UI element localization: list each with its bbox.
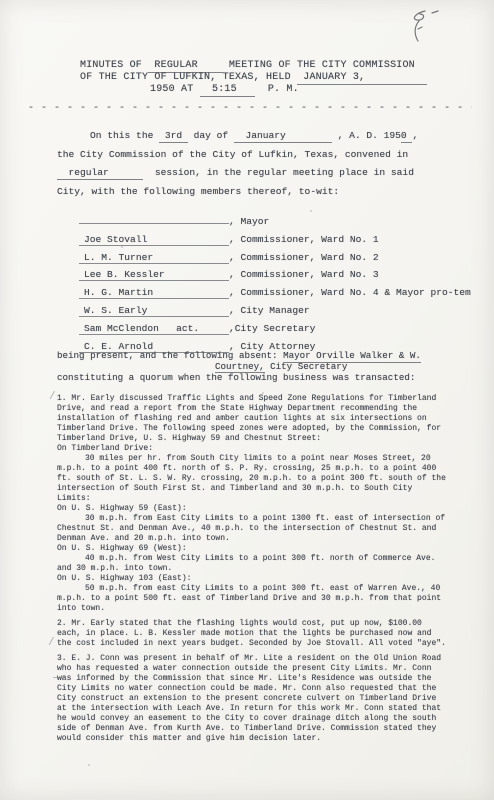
official-title: Mayor bbox=[241, 216, 270, 227]
title-line-1: MINUTES OF REGULAR MEETING OF THE CITY C… bbox=[80, 60, 440, 72]
row-comma: , bbox=[229, 287, 241, 298]
text-run: City, with the following members thereof… bbox=[57, 186, 339, 197]
speed-zone-heading: On U. S. Highway 59 (East): bbox=[57, 504, 449, 514]
speed-zone-detail: 30 m.p.h. from East City Limits to a poi… bbox=[57, 514, 449, 544]
filled-blank: regular bbox=[57, 167, 143, 180]
handwritten-mark-icon bbox=[398, 2, 448, 57]
official-title: Commissioner, Ward No. 1 bbox=[241, 234, 379, 245]
official-name: Lee B. Kessler bbox=[79, 269, 229, 281]
title-line-2: OF THE CITY OF LUFKIN, TEXAS, HELD JANUA… bbox=[80, 72, 440, 84]
text-run: MEETING OF THE CITY COMMISSION bbox=[223, 60, 415, 71]
pencil-underline-mark bbox=[53, 677, 66, 678]
text-run: MINUTES OF bbox=[80, 60, 148, 71]
official-name: W. S. Early bbox=[79, 305, 229, 317]
official-title: City Manager bbox=[241, 305, 310, 316]
scanned-minutes-page: MINUTES OF REGULAR MEETING OF THE CITY C… bbox=[0, 0, 494, 800]
pencil-check-mark: / bbox=[48, 637, 55, 649]
speed-zone-detail: 40 m.p.h. from West City Limits to a poi… bbox=[57, 554, 449, 574]
official-title: Commissioner, Ward No. 3 bbox=[241, 269, 379, 280]
opening-paragraph: On this the 3rd day of January , A. D. 1… bbox=[57, 127, 429, 201]
speed-zone-detail: 30 miles per hr. from South City limits … bbox=[57, 454, 449, 504]
official-title: Commissioner, Ward No. 4 & Mayor pro-tem bbox=[241, 287, 471, 298]
filled-blank: JANUARY 3, bbox=[297, 72, 427, 85]
text-run: City Secretary bbox=[265, 361, 348, 372]
item-1-intro: 1. Mr. Early discussed Traffic Lights an… bbox=[57, 394, 449, 444]
text-run: the City Commission of the City of Lufki… bbox=[57, 149, 408, 160]
filled-blank: January bbox=[234, 130, 332, 143]
row-comma: , bbox=[229, 269, 241, 280]
paper-speck bbox=[121, 246, 123, 248]
document-title: MINUTES OF REGULAR MEETING OF THE CITY C… bbox=[80, 60, 440, 96]
row-comma: , bbox=[229, 216, 241, 227]
speed-zone-heading: On U. S. Highway 103 (East): bbox=[57, 574, 449, 584]
official-name: Sam McClendon act. bbox=[79, 323, 229, 335]
official-row-ward3: Lee B. Kessler, Commissioner, Ward No. 3 bbox=[79, 269, 471, 287]
official-name-blank bbox=[79, 223, 229, 224]
officials-list: , Mayor Joe Stovall, Commissioner, Ward … bbox=[79, 216, 471, 358]
official-row-manager: W. S. Early, City Manager bbox=[79, 305, 471, 323]
filled-blank: 0 bbox=[401, 130, 413, 143]
attendance-line: constituting a quorum when the following… bbox=[57, 373, 449, 384]
row-comma: , bbox=[229, 234, 241, 245]
paper-speck bbox=[310, 210, 312, 212]
text-run: being present, and the following absent: bbox=[57, 350, 283, 361]
dashed-separator: - - - - - - - - - - - - - - - - - - - - … bbox=[28, 103, 472, 114]
paper-speck bbox=[88, 764, 90, 766]
paper-speck bbox=[262, 392, 264, 394]
official-row-ward1: Joe Stovall, Commissioner, Ward No. 1 bbox=[79, 234, 471, 252]
official-name: H. G. Martin bbox=[79, 287, 229, 299]
opening-line: the City Commission of the City of Lufki… bbox=[57, 146, 429, 165]
filled-blank: 5:15 bbox=[200, 84, 256, 97]
official-row-ward2: L. M. Turner, Commissioner, Ward No. 2 bbox=[79, 252, 471, 270]
text-run: constituting a quorum when the following… bbox=[57, 372, 415, 383]
row-comma: , bbox=[229, 305, 241, 316]
speed-zone-detail: 50 m.p.h. from east City Limits to a poi… bbox=[57, 584, 449, 614]
text-run: On this the bbox=[90, 130, 159, 141]
filled-blank: 3rd bbox=[159, 130, 188, 143]
official-title: Commissioner, Ward No. 2 bbox=[241, 252, 379, 263]
official-name: Joe Stovall bbox=[79, 234, 229, 246]
pencil-check-mark: / bbox=[49, 391, 56, 403]
text-run: session, in the regular meeting place in… bbox=[143, 167, 414, 178]
official-title: City Secretary bbox=[235, 323, 316, 334]
title-line-3: 1950 AT 5:15 P. M. bbox=[80, 84, 440, 96]
speed-zone-heading: On U. S. Highway 69 (West): bbox=[57, 544, 449, 554]
text-run: 1950 AT bbox=[150, 84, 200, 95]
row-comma: , bbox=[229, 252, 241, 263]
item-3: 3. E. J. Conn was present in behalf of M… bbox=[57, 654, 449, 744]
text-run: , bbox=[412, 130, 418, 141]
opening-line: On this the 3rd day of January , A. D. 1… bbox=[57, 127, 429, 146]
minutes-body: 1. Mr. Early discussed Traffic Lights an… bbox=[57, 394, 449, 744]
text-run: day of bbox=[188, 130, 234, 141]
speed-zone-heading: On Timberland Drive: bbox=[57, 444, 449, 454]
attendance-paragraph: being present, and the following absent:… bbox=[57, 351, 449, 383]
text-run: P. M. bbox=[255, 84, 298, 95]
official-name: L. M. Turner bbox=[79, 252, 229, 264]
item-2: 2. Mr. Early stated that the flashing li… bbox=[57, 619, 449, 649]
official-row-ward4: H. G. Martin, Commissioner, Ward No. 4 &… bbox=[79, 287, 471, 305]
official-row-mayor: , Mayor bbox=[79, 216, 471, 234]
text-run: , A. D. 195 bbox=[332, 130, 401, 141]
opening-line: regular session, in the regular meeting … bbox=[57, 164, 429, 183]
text-run: OF THE CITY OF LUFKIN, TEXAS, HELD bbox=[80, 72, 297, 83]
official-row-secretary: Sam McClendon act.,City Secretary bbox=[79, 323, 471, 341]
filled-blank: REGULAR bbox=[148, 60, 222, 73]
opening-line: City, with the following members thereof… bbox=[57, 183, 429, 202]
